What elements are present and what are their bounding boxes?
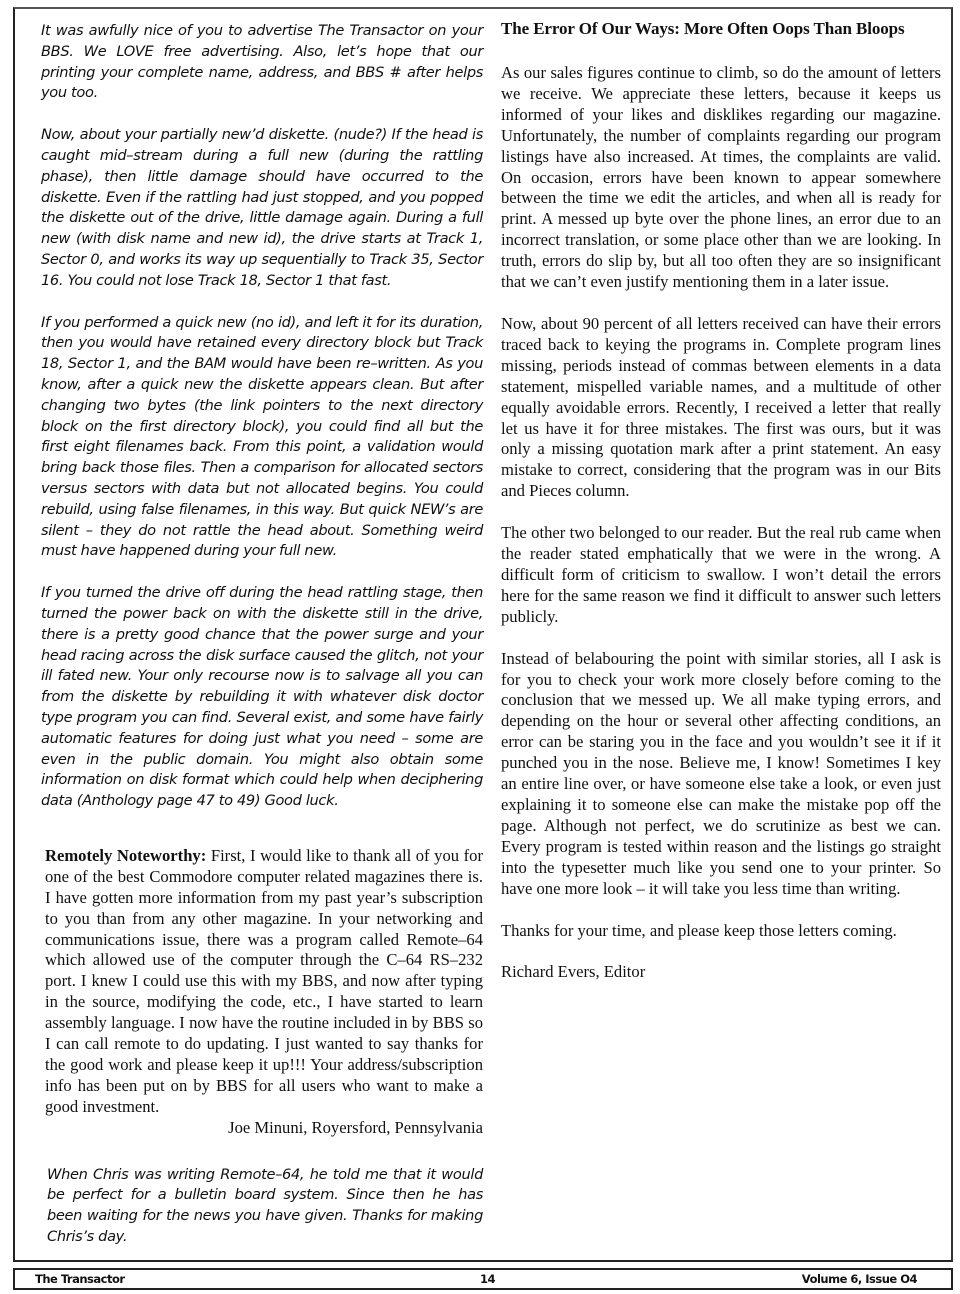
- letter-reply-paragraph: When Chris was writing Remote–64, he tol…: [41, 1165, 483, 1248]
- article-heading: The Error Of Our Ways: More Often Oops T…: [501, 19, 941, 39]
- letter-body-paragraph: Remotely Noteworthy: First, I would like…: [45, 846, 483, 1118]
- letter-title: Remotely Noteworthy:: [45, 846, 206, 865]
- article-paragraph: Instead of belabouring the point with si…: [501, 649, 941, 900]
- reader-letter: Remotely Noteworthy: First, I would like…: [41, 846, 483, 1139]
- right-column: The Error Of Our Ways: More Often Oops T…: [501, 19, 941, 1004]
- editor-reply-paragraph: Now, about your partially new’d diskette…: [41, 125, 483, 291]
- article-paragraph: As our sales figures continue to climb, …: [501, 63, 941, 293]
- footer-issue: Volume 6, Issue O4: [802, 1272, 917, 1286]
- article-paragraph: Now, about 90 percent of all letters rec…: [501, 314, 941, 502]
- article-paragraph: The other two belonged to our reader. Bu…: [501, 523, 941, 628]
- editor-reply-paragraph: If you performed a quick new (no id), an…: [41, 313, 483, 563]
- page-footer: The Transactor 14 Volume 6, Issue O4: [13, 1268, 953, 1290]
- page-frame: It was awfully nice of you to advertise …: [13, 7, 953, 1262]
- article-paragraph: Thanks for your time, and please keep th…: [501, 921, 941, 942]
- article-signature: Richard Evers, Editor: [501, 962, 941, 983]
- editor-reply-paragraph: It was awfully nice of you to advertise …: [41, 21, 483, 104]
- footer-page-number: 14: [480, 1272, 495, 1286]
- letter-body: First, I would like to thank all of you …: [45, 846, 483, 1116]
- left-column: It was awfully nice of you to advertise …: [41, 21, 483, 1269]
- footer-magazine-name: The Transactor: [35, 1272, 125, 1286]
- letter-signature: Joe Minuni, Royersford, Pennsylvania: [45, 1118, 483, 1139]
- editor-reply-paragraph: If you turned the drive off during the h…: [41, 583, 483, 812]
